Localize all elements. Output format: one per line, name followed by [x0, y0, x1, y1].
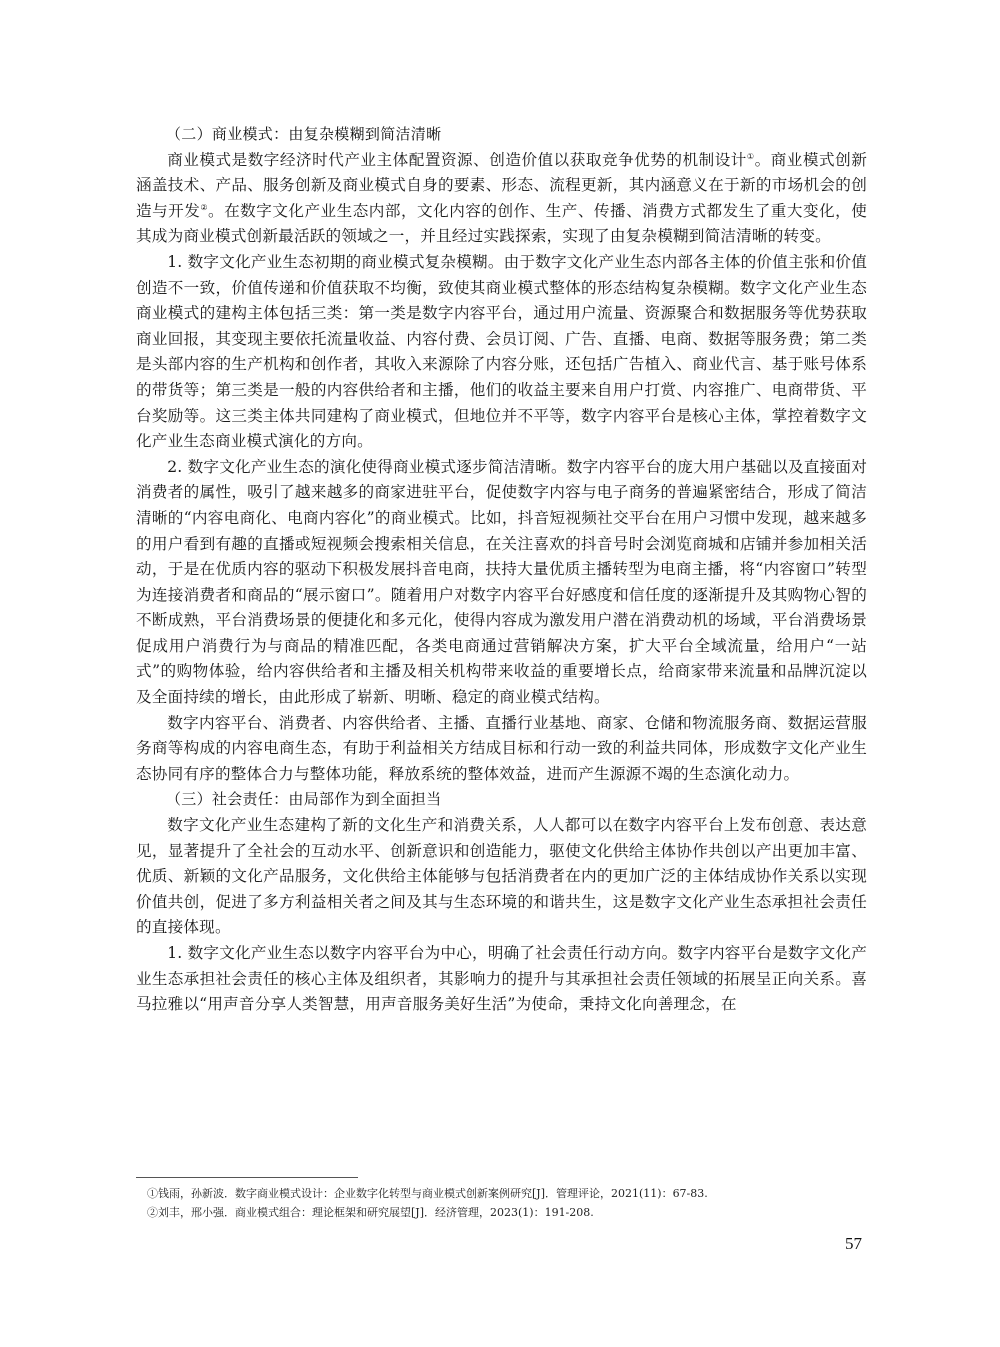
paragraph-social-responsibility-intro: 数字文化产业生态建构了新的文化生产和消费关系，人人都可以在数字内容平台上发布创意…	[136, 813, 867, 941]
page-number: 57	[845, 1234, 862, 1254]
footnote-ref-1[interactable]: ①	[747, 151, 755, 160]
footnotes: ①钱雨，孙新波．数字商业模式设计：企业数字化转型与商业模式创新案例研究[J]．管…	[136, 1184, 867, 1222]
paragraph-content-ecommerce-ecosystem: 数字内容平台、消费者、内容供给者、主播、直播行业基地、商家、仓储和物流服务商、数…	[136, 711, 867, 788]
footnote-ref-2[interactable]: ②	[200, 203, 208, 212]
paragraph-early-business-model: 1. 数字文化产业生态初期的商业模式复杂模糊。由于数字文化产业生态内部各主体的价…	[136, 250, 867, 455]
footnote-2: ②刘丰，邢小强．商业模式组合：理论框架和研究展望[J]．经济管理，2023(1)…	[136, 1203, 867, 1222]
paragraph-business-model-intro: 商业模式是数字经济时代产业主体配置资源、创造价值以获取竞争优势的机制设计①。商业…	[136, 148, 867, 250]
section-heading-social-responsibility: （三）社会责任：由局部作为到全面担当	[136, 787, 867, 813]
footnote-1: ①钱雨，孙新波．数字商业模式设计：企业数字化转型与商业模式创新案例研究[J]．管…	[136, 1184, 867, 1203]
section-heading-business-model: （二）商业模式：由复杂模糊到简洁清晰	[136, 122, 867, 148]
paragraph-platform-centered: 1. 数字文化产业生态以数字内容平台为中心，明确了社会责任行动方向。数字内容平台…	[136, 941, 867, 1018]
footnote-divider	[136, 1177, 358, 1178]
article-body: （二）商业模式：由复杂模糊到简洁清晰 商业模式是数字经济时代产业主体配置资源、创…	[136, 122, 867, 1018]
paragraph-evolved-business-model: 2. 数字文化产业生态的演化使得商业模式逐步简洁清晰。数字内容平台的庞大用户基础…	[136, 455, 867, 711]
